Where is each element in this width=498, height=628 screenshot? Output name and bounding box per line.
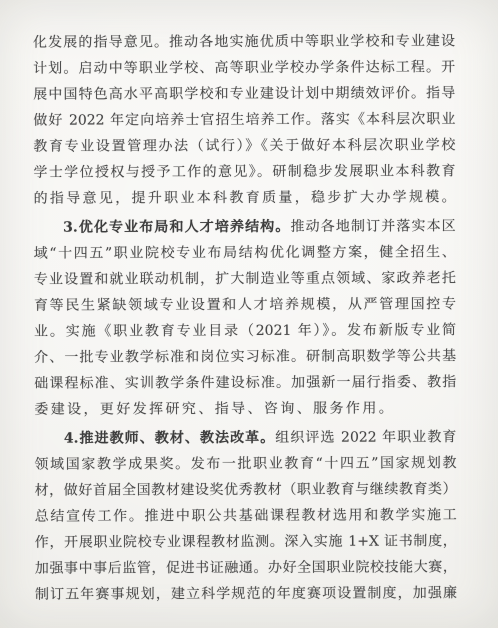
text-line: 委建设，更好发挥研究、指导、咨询、服务作用。 [34, 395, 456, 422]
text-line: 领域国家教学成果奖。发布一批职业教育“十四五”国家规划教 [34, 450, 456, 477]
text-line: 加强事中事后监管，促进书证融通。办好全国职业院校技能大赛， [35, 554, 457, 581]
paragraph-heading: 3.优化专业布局和人才培养结构。 [63, 219, 290, 236]
paragraph-continuation: 化发展的指导意见。推动各地实施优质中等职业学校和专业建设计划。启动中等职业学校、… [33, 28, 456, 211]
text-line: 的指导意见，提升职业本科教育质量，稳步扩大办学规模。 [34, 184, 456, 211]
text-line: 3.优化专业布局和人才培养结构。推动各地制订并落实本区 [34, 213, 456, 240]
text-line: 计划。启动中等职业学校、高等职业学校办学条件达标工程。开 [33, 54, 455, 81]
text-line: 展中国特色高水平高职学校和专业建设计划中期绩效评价。指导 [33, 80, 455, 107]
text-line: 业。实施《职业教育专业目录（2021 年）》。发布新版专业简 [34, 317, 456, 344]
paragraph-item-3: 3.优化专业布局和人才培养结构。推动各地制订并落实本区域“十四五”职业院校专业布… [34, 213, 457, 422]
text-line: 础课程标准、实训教学条件建设标准。加强新一届行指委、教指 [34, 369, 456, 396]
text-line: 化发展的指导意见。推动各地实施优质中等职业学校和专业建设 [33, 28, 455, 55]
text-line: 教育专业设置管理办法（试行）》《关于做好本科层次职业学校 [33, 132, 455, 159]
paragraph-item-4: 4.推进教师、教材、教法改革。组织评选 2022 年职业教育领域国家教学成果奖。… [34, 424, 457, 607]
text-line: 专业设置和就业联动机制，扩大制造业等重点领域、家政养老托 [34, 265, 456, 292]
text-line: 总结宣传工作。推进中职公共基础课程教材选用和教学实施工 [35, 502, 457, 529]
text-line: 作，开展职业院校专业课程教材监测。深入实施 1+X 证书制度， [35, 528, 457, 555]
document-page: 化发展的指导意见。推动各地实施优质中等职业学校和专业建设计划。启动中等职业学校、… [0, 0, 498, 628]
text-line: 做好 2022 年定向培养士官招生培养工作。落实《本科层次职业 [33, 106, 455, 133]
text-line: 育等民生紧缺领域专业设置和人才培养规模，从严管理国控专 [34, 291, 456, 318]
text-line: 学士学位授权与授予工作的意见》。研制稳步发展职业本科教育 [33, 158, 455, 185]
text-line: 4.推进教师、教材、教法改革。组织评选 2022 年职业教育 [34, 424, 456, 451]
text-line: 制订五年赛事规划，建立科学规范的年度赛项设置制度，加强廉 [35, 580, 457, 607]
text-line: 介、一批专业教学标准和岗位实习标准。研制高职数学等公共基 [34, 343, 456, 370]
text-line: 域“十四五”职业院校专业布局结构优化调整方案，健全招生、 [34, 239, 456, 266]
text-line: 材，做好首届全国教材建设奖优秀教材（职业教育与继续教育类） [35, 476, 457, 503]
document-text: 化发展的指导意见。推动各地实施优质中等职业学校和专业建设计划。启动中等职业学校、… [33, 28, 457, 607]
paragraph-heading: 4.推进教师、教材、教法改革。 [64, 430, 276, 447]
